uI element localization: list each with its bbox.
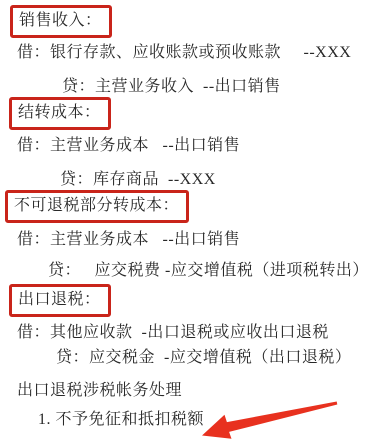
footer-item-1: 1. 不予免征和抵扣税额 [38, 411, 204, 429]
heading-carryover-cost: 结转成本： [18, 104, 101, 121]
entry-cost-credit: 贷：库存商品 --XXX [60, 171, 216, 189]
document-page: 销售收入： 借：银行存款、应收账款或预收账款 --XXX 贷：主营业务收入 --… [0, 0, 387, 443]
entry-rebate-debit: 借：其他应收款 -出口退税或应收出口退税 [17, 324, 329, 342]
annotation-box-export-rebate: 出口退税： [9, 284, 111, 317]
entry-cost-debit: 借：主营业务成本 --出口销售 [17, 137, 240, 155]
heading-sales-revenue: 销售收入： [19, 12, 102, 29]
heading-nonrefundable-cost: 不可退税部分转成本： [14, 197, 179, 214]
entry-sales-debit: 借：银行存款、应收账款或预收账款 --XXX [17, 44, 351, 62]
entry-nonrefundable-debit: 借：主营业务成本 --出口销售 [17, 231, 240, 249]
entry-rebate-credit: 贷：应交税金 -应交增值税（出口退税） [56, 349, 351, 367]
footer-title: 出口退税涉税帐务处理 [17, 382, 182, 400]
entry-sales-credit: 贷：主营业务收入 --出口销售 [62, 78, 281, 96]
entry-nonrefundable-credit: 贷： 应交税费 -应交增值税（进项税转出） [48, 262, 369, 280]
annotation-box-nonrefundable-cost: 不可退税部分转成本： [5, 190, 189, 223]
annotation-box-sales-revenue: 销售收入： [10, 5, 112, 38]
annotation-box-carryover-cost: 结转成本： [9, 97, 111, 130]
heading-export-rebate: 出口退税： [18, 291, 101, 308]
